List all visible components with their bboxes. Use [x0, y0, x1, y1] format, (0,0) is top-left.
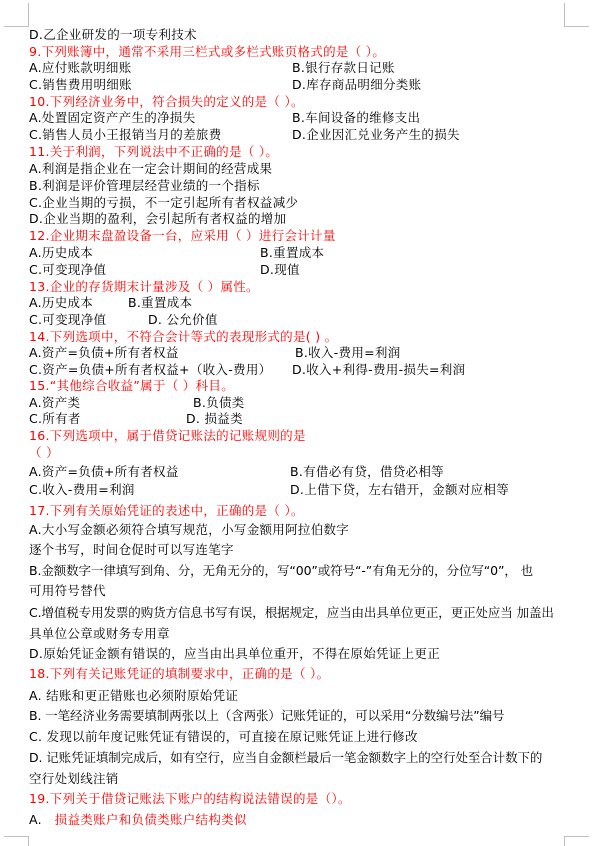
question-11-stem: 11.关于利润，下列说法中不正确的是（ ）。: [29, 144, 278, 159]
question-11-option-b: B.利润是评价管理层经营业绩的一个指标: [29, 178, 260, 193]
question-14-option-c: C.资产=负债+所有者权益+（收入-费用）: [29, 362, 271, 377]
question-11-option-a: A.利润是指企业在一定会计期间的经营成果: [29, 161, 272, 176]
question-15-option-a: A.资产类: [29, 395, 80, 410]
question-12-stem: 12.企业期末盘盈设备一台，应采用（ ）进行会计计量: [29, 228, 336, 243]
question-19-option-a-label: A.: [29, 812, 55, 827]
question-12-option-c: C.可变现净值: [29, 262, 106, 277]
question-9-option-a: A.应付账款明细账: [29, 60, 132, 75]
question-10-option-c: C.销售人员小王报销当月的差旅费: [29, 127, 222, 142]
question-17-option-a-cont: 逐个书写，时间仓促时可以写连笔字: [29, 542, 234, 557]
question-13-option-a: A.历史成本: [29, 295, 93, 310]
question-19-option-a-text: 损益类账户和负债类账户结构类似: [55, 812, 247, 827]
document-page: D.乙企业研发的一项专利技术 9.下列账簿中，通常不采用三栏式或多栏式账页格式的…: [0, 0, 605, 846]
question-17-option-b-cont: 可用符号替代: [29, 583, 106, 598]
question-10-option-b: B.车间设备的维修支出: [292, 110, 420, 125]
corner-mark-bottom-right-v: [564, 836, 565, 846]
question-16-option-c: C.收入-费用=利润: [29, 482, 135, 497]
question-15-option-b: B.负债类: [193, 395, 245, 410]
question-18-option-b: B. 一笔经济业务需要填制两张以上（含两张）记账凭证的，可以采用“分数编号法”编…: [29, 708, 504, 723]
corner-mark-top-left-h: [4, 26, 29, 27]
corner-mark-bottom-left-h: [4, 836, 29, 837]
question-9-option-d: D.库存商品明细分类账: [292, 77, 421, 92]
question-18-stem: 18.下列有关记账凭证的填制要求中，正确的是（ ）。: [29, 666, 329, 681]
question-16-stem: 16.下列选项中，属于借贷记账法的记账规则的是: [29, 428, 306, 443]
question-19-stem: 19.下列关于借贷记账法下账户的结构说法错误的是（）。: [29, 791, 351, 806]
question-9-option-b: B.银行存款日记账: [292, 60, 395, 75]
corner-mark-top-right-v: [564, 3, 565, 27]
question-16-option-d: D.上借下贷，左右错开，金额对应相等: [290, 482, 509, 497]
question-13-option-b: B.重置成本: [128, 295, 192, 310]
corner-mark-top-right-h: [564, 26, 589, 27]
question-19-option-a: A. 损益类账户和负债类账户结构类似: [29, 812, 247, 827]
question-13-option-d: D. 公允价值: [148, 312, 218, 327]
question-15-option-c: C.所有者: [29, 411, 81, 426]
corner-mark-bottom-left-v: [28, 836, 29, 846]
question-13-option-c: C.可变现净值: [29, 312, 106, 327]
question-15-option-d: D. 损益类: [186, 411, 243, 426]
question-11-option-c: C.企业当期的亏损，不一定引起所有者权益减少: [29, 195, 298, 210]
question-17-stem: 17.下列有关原始凭证的表述中，正确的是（ ）。: [29, 503, 304, 518]
question-9-stem: 9.下列账簿中，通常不采用三栏式或多栏式账页格式的是（ ）。: [29, 44, 385, 59]
question-12-option-d: D.现值: [260, 262, 300, 277]
question-17-option-c-cont: 具单位公章或财务专用章: [29, 626, 170, 641]
question-11-option-d: D.企业当期的盈利，会引起所有者权益的增加: [29, 211, 286, 226]
question-12-option-a: A.历史成本: [29, 245, 93, 260]
question-18-option-a: A. 结账和更正错账也必须附原始凭证: [29, 688, 238, 703]
question-10-stem: 10.下列经济业务中，符合损失的定义的是（ ）。: [29, 94, 304, 109]
question-18-option-d-cont: 空行处划线注销: [29, 771, 119, 786]
question-14-stem: 14.下列选项中，不符合会计等式的表现形式的是( ) 。: [29, 329, 337, 344]
question-18-option-c: C. 发现以前年度记账凭证有错误的，可直接在原记账凭证上进行修改: [29, 729, 418, 744]
question-15-stem: 15.“其他综合收益”属于（ ）科目。: [29, 378, 234, 393]
question-14-option-a: A.资产=负债+所有者权益: [29, 345, 179, 360]
question-17-option-c: C.增值税专用发票的购货方信息书写有误，根据规定，应当由出具单位更正，更正处应当…: [29, 605, 554, 620]
question-10-option-a: A.处置固定资产产生的净损失: [29, 110, 196, 125]
question-9-option-c: C.销售费用明细账: [29, 77, 132, 92]
question-17-option-d: D.原始凭证金额有错误的，应当由出具单位重开，不得在原始凭证上更正: [29, 646, 440, 661]
carryover-option: D.乙企业研发的一项专利技术: [29, 27, 197, 42]
question-17-option-a: A.大小写金额必须符合填写规范，小写金额用阿拉伯数字: [29, 522, 349, 537]
question-18-option-d: D. 记账凭证填制完成后，如有空行，应当自金额栏最后一笔金额数字上的空行处至合计…: [29, 750, 542, 765]
question-13-stem: 13.企业的存货期末计量涉及（ ）属性。: [29, 279, 259, 294]
question-14-option-b: B.收入-费用=利润: [295, 345, 401, 360]
question-14-option-d: D.收入+利得-费用-损失=利润: [292, 362, 465, 377]
question-17-option-b: B.金额数字一律填写到角、分，无角无分的，写“00”或符号“-”有角无分的，分位…: [29, 563, 533, 578]
question-12-option-b: B.重置成本: [260, 245, 324, 260]
question-16-option-a: A.资产=负债+所有者权益: [29, 464, 179, 479]
question-16-stem-continuation: （ ）: [29, 445, 59, 460]
corner-mark-top-left-v: [28, 3, 29, 27]
corner-mark-bottom-right-h: [564, 836, 589, 837]
question-10-option-d: D.企业因汇兑业务产生的损失: [292, 127, 460, 142]
question-16-option-b: B.有借必有贷，借贷必相等: [290, 464, 444, 479]
